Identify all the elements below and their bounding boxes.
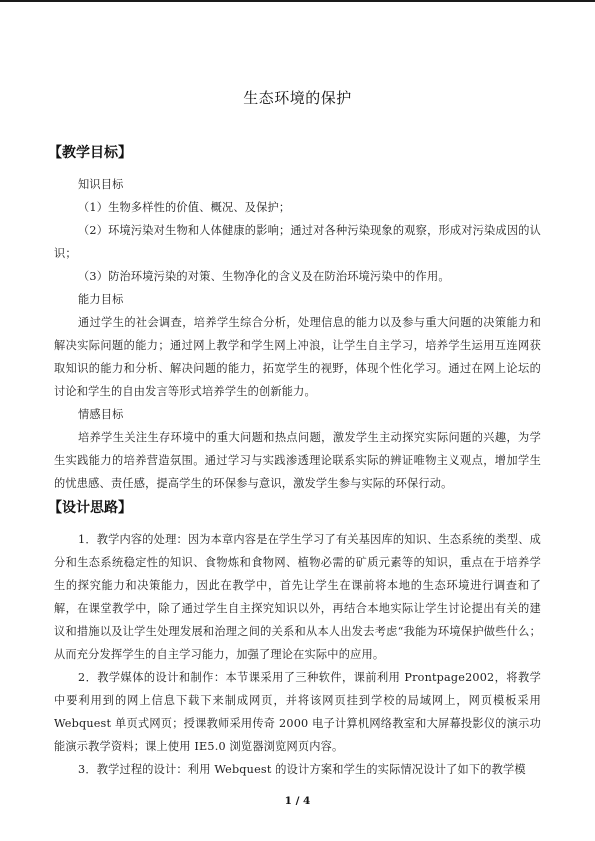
page-top-border — [0, 0, 595, 2]
section-heading: 【教学目标】 — [48, 140, 541, 166]
paragraph: 培养学生关注生存环境中的重大问题和热点问题，激发学生主动探究实际问题的兴趣，为学… — [54, 426, 541, 495]
subheading-emotional-objectives: 情感目标 — [54, 403, 541, 426]
paragraph: 3．教学过程的设计：利用 Webquest 的设计方案和学生的实际情况设计了如下… — [54, 758, 541, 781]
paragraph: （2）环境污染对生物和人体健康的影响；通过对各种污染现象的观察，形成对污染成因的… — [54, 219, 541, 265]
paragraph: （3）防治环境污染的对策、生物净化的含义及在防治环境污染中的作用。 — [54, 265, 541, 288]
section-heading: 【设计思路】 — [48, 495, 541, 521]
paragraph: 1．教学内容的处理：因为本章内容是在学生学习了有关基因库的知识、生态系统的类型、… — [54, 528, 541, 666]
paragraph: 通过学生的社会调查，培养学生综合分析，处理信息的能力以及参与重大问题的决策能力和… — [54, 311, 541, 403]
document-title: 生态环境的保护 — [0, 87, 595, 108]
document-body: 【教学目标】 知识目标 （1）生物多样性的价值、概况、及保护； （2）环境污染对… — [54, 140, 541, 781]
paragraph: （1）生物多样性的价值、概况、及保护； — [54, 196, 541, 219]
page-number: 1 / 4 — [0, 795, 595, 807]
subheading-knowledge-objectives: 知识目标 — [54, 173, 541, 196]
section-design-ideas: 【设计思路】 1．教学内容的处理：因为本章内容是在学生学习了有关基因库的知识、生… — [54, 495, 541, 781]
paragraph: 2．教学媒体的设计和制作：本节课采用了三种软件，课前利用 Prontpage20… — [54, 666, 541, 758]
section-teaching-objectives: 【教学目标】 知识目标 （1）生物多样性的价值、概况、及保护； （2）环境污染对… — [54, 140, 541, 495]
subheading-ability-objectives: 能力目标 — [54, 288, 541, 311]
